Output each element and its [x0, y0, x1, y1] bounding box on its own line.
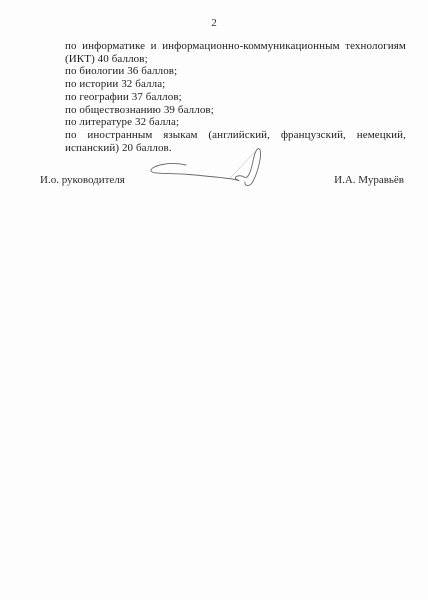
signer-name: И.А. Муравьёв: [334, 174, 404, 188]
document-body: по информатике и информационно-коммуника…: [65, 40, 406, 154]
score-line-literature: по литературе 32 балла;: [65, 116, 406, 129]
page-number: 2: [0, 17, 428, 29]
score-line-foreign-languages: по иностранным языкам (английский, франц…: [65, 129, 406, 142]
score-line-social-studies: по обществознанию 39 баллов;: [65, 104, 406, 117]
signer-title: И.о. руководителя: [40, 174, 125, 188]
score-line-informatics-cont: (ИКТ) 40 баллов;: [65, 53, 406, 66]
document-page: 2 по информатике и информационно-коммуни…: [0, 0, 428, 600]
signature-block: И.о. руководителя И.А. Муравьёв: [0, 174, 428, 188]
score-line-geography: по географии 37 баллов;: [65, 91, 406, 104]
score-line-biology: по биологии 36 баллов;: [65, 65, 406, 78]
score-line-informatics: по информатике и информационно-коммуника…: [65, 40, 406, 53]
score-line-history: по истории 32 балла;: [65, 78, 406, 91]
